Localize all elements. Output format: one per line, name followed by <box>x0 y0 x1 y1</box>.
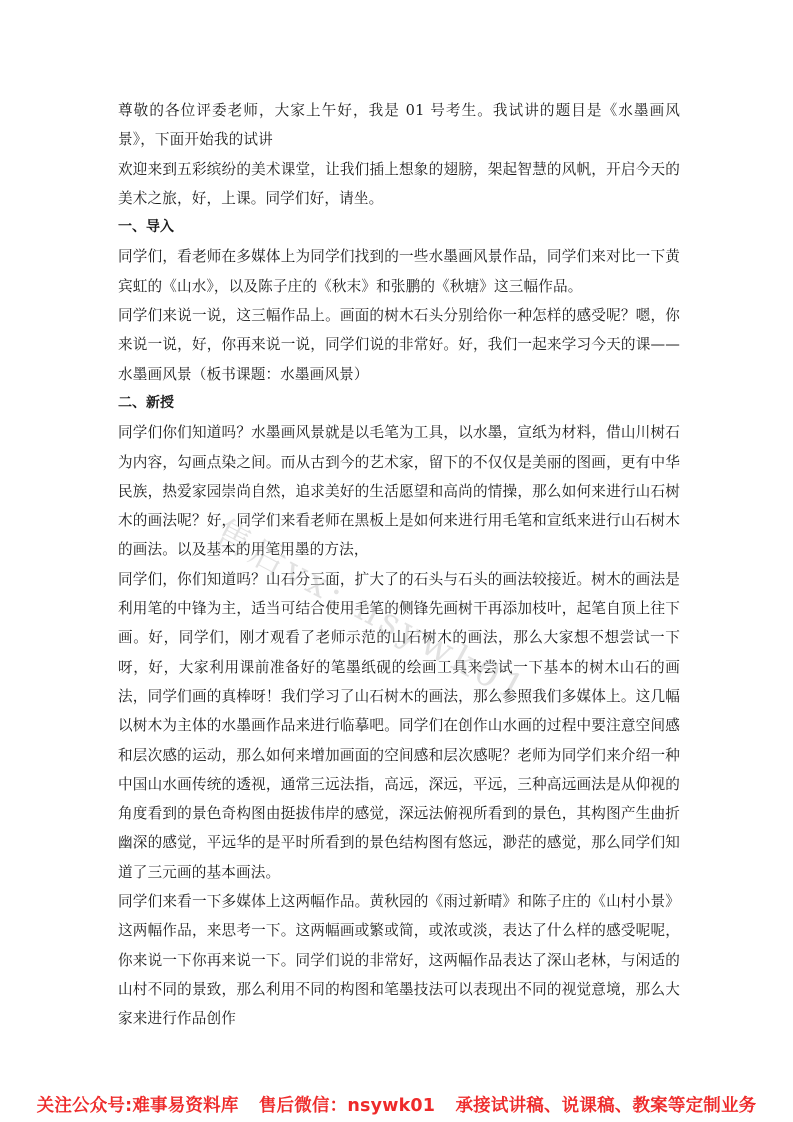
paragraph-intro-works: 同学们，看老师在多媒体上为同学们找到的一些水墨画风景作品，同学们来对比一下黄宾虹… <box>118 242 680 301</box>
paragraph-welcome: 欢迎来到五彩缤纷的美术课堂，让我们插上想象的翅膀，架起智慧的风帆，开启今天的美术… <box>118 155 680 214</box>
document-body: 尊敬的各位评委老师，大家上午好，我是 01 号考生。我试讲的题目是《水墨画风景》… <box>118 96 680 1034</box>
paragraph-intro-discussion: 同学们来说一说，这三幅作品上。画面的树木石头分别给你一种怎样的感受呢？嗯，你来说… <box>118 301 680 389</box>
paragraph-composition: 同学们来看一下多媒体上这两幅作品。黄秋园的《雨过新晴》和陈子庄的《山村小景》这两… <box>118 887 680 1033</box>
section-heading-new-lesson: 二、新授 <box>118 389 680 418</box>
paragraph-greeting: 尊敬的各位评委老师，大家上午好，我是 01 号考生。我试讲的题目是《水墨画风景》… <box>118 96 680 155</box>
footer-promo-banner: 关注公众号:难事易资料库 售后微信：nsywk01 承接试讲稿、说课稿、教案等定… <box>0 1092 793 1118</box>
paragraph-rock-tree-technique: 同学们，你们知道吗？山石分三面，扩大了的石头与石头的画法较接近。树木的画法是利用… <box>118 565 680 887</box>
footer-wechat-contact: 售后微信：nsywk01 <box>259 1096 435 1116</box>
paragraph-ink-painting-definition: 同学们你们知道吗？水墨画风景就是以毛笔为工具，以水墨，宣纸为材料，借山川树石为内… <box>118 418 680 564</box>
footer-services: 承接试讲稿、说课稿、教案等定制业务 <box>455 1096 756 1116</box>
section-heading-intro: 一、导入 <box>118 213 680 242</box>
footer-follow-account: 关注公众号:难事易资料库 <box>37 1096 239 1116</box>
